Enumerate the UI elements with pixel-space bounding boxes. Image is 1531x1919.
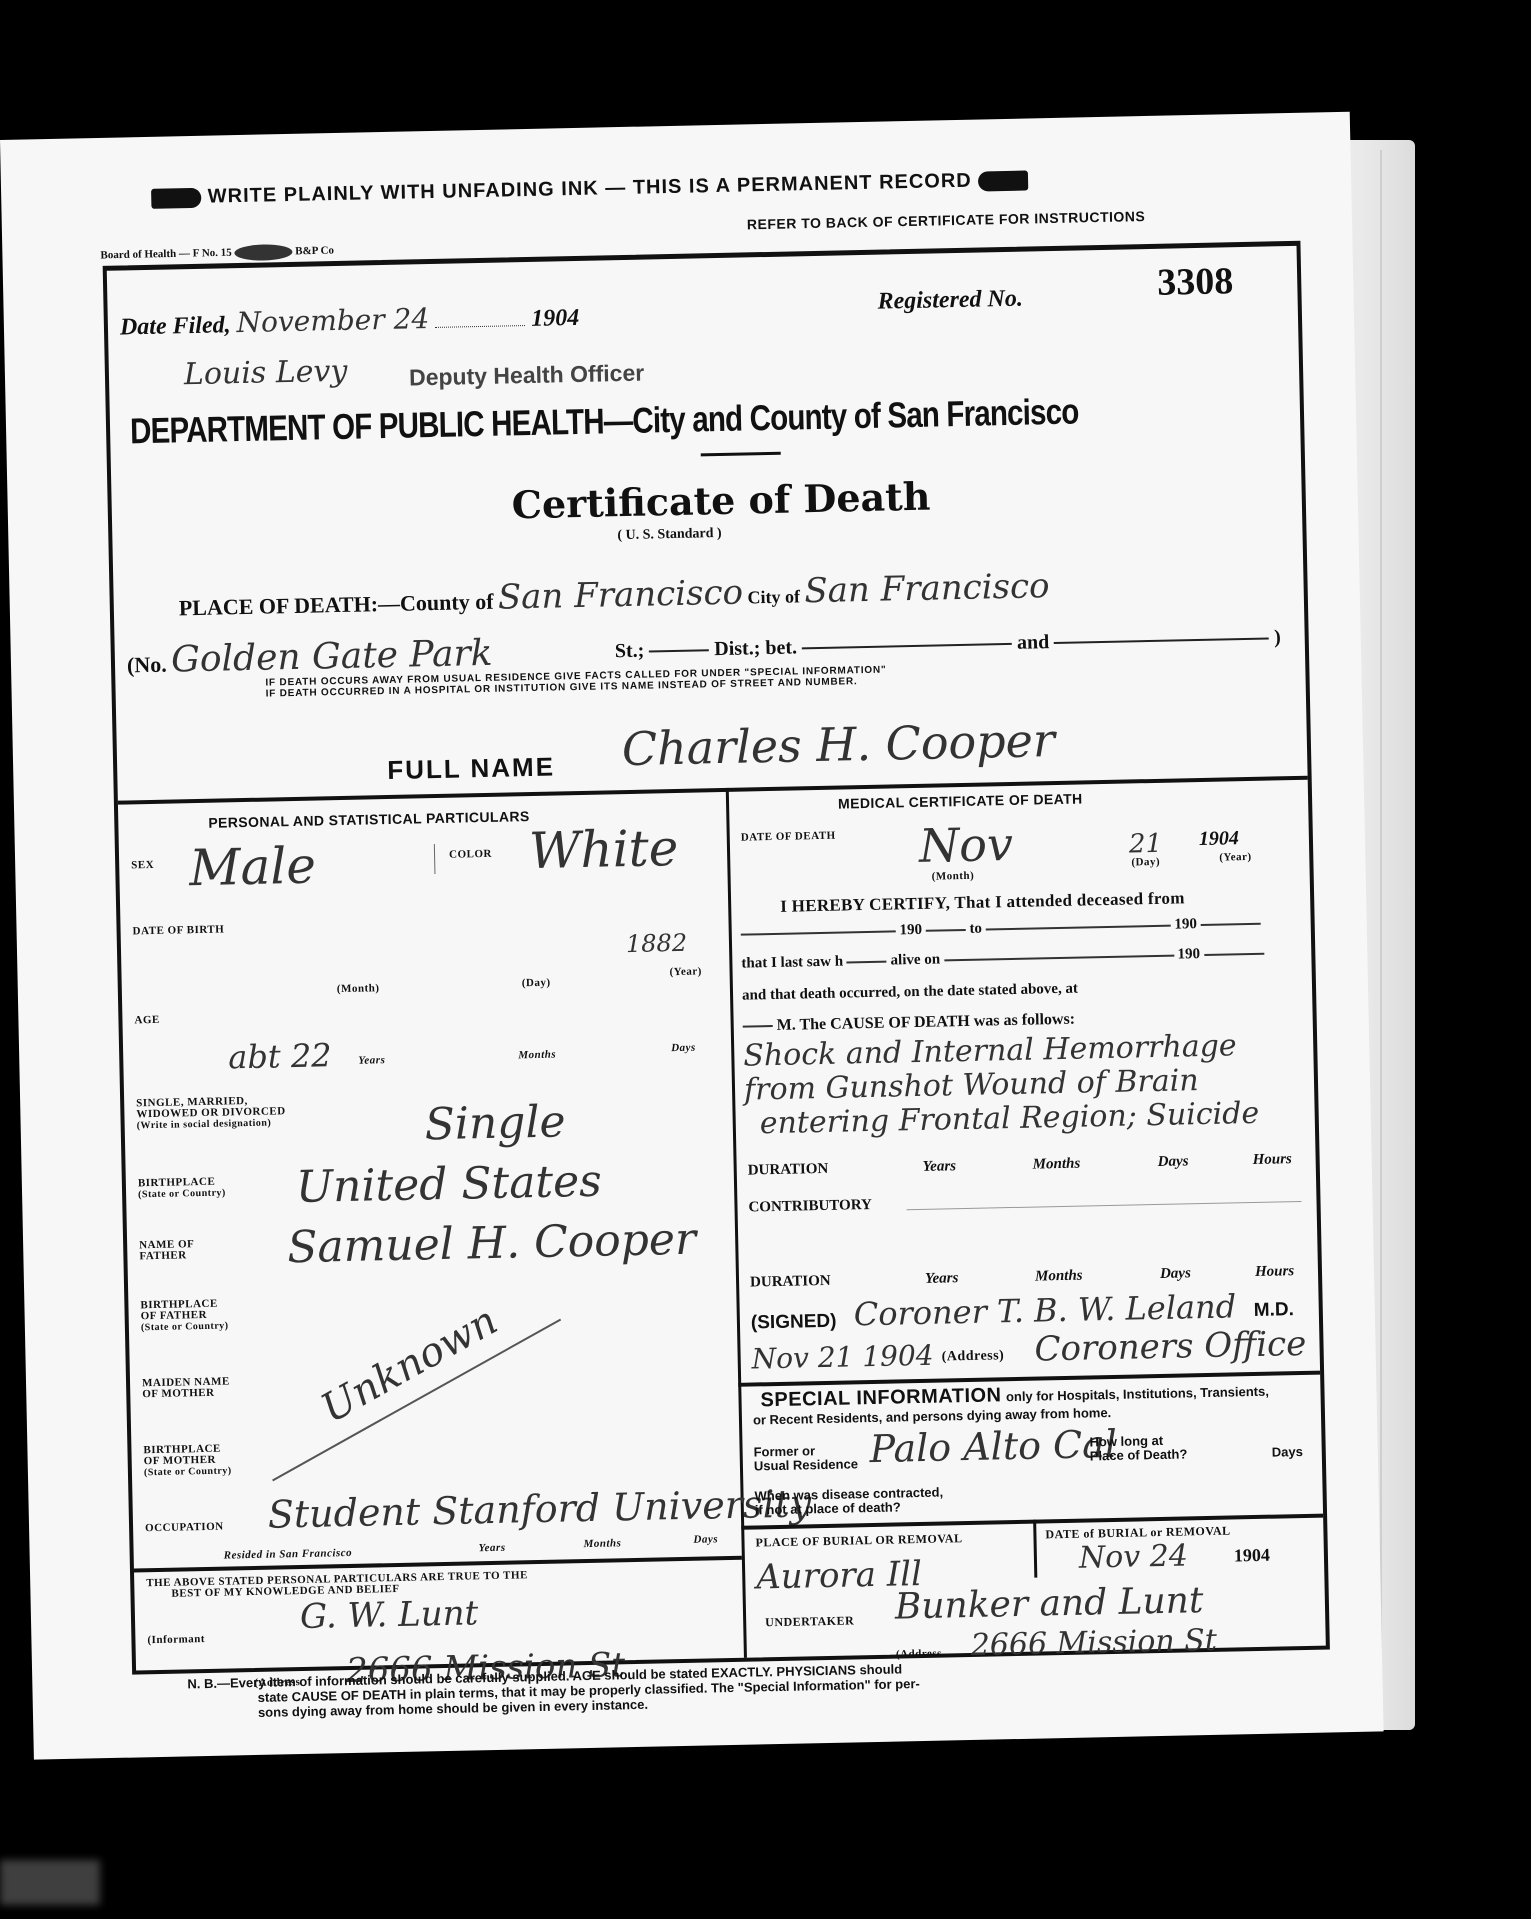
and-label: and: [1017, 631, 1050, 654]
dod-month-value: Nov: [918, 817, 1013, 873]
officer-signature: Louis Levy: [184, 354, 348, 392]
father-label-2: FATHER: [139, 1250, 194, 1262]
pointing-hand-icon: [151, 188, 201, 209]
former-label-2: Usual Residence: [754, 1457, 858, 1473]
dob-year-value: 1882: [626, 929, 688, 958]
department-title: DEPARTMENT OF PUBLIC HEALTH—City and Cou…: [130, 390, 1079, 452]
duration-label-2: DURATION: [750, 1273, 831, 1291]
burial-place-label: PLACE OF BURIAL OR REMOVAL: [755, 1533, 962, 1548]
header-warning-text: WRITE PLAINLY WITH UNFADING INK — THIS I…: [208, 170, 972, 208]
burial-date-label: DATE of BURIAL or REMOVAL: [1045, 1526, 1230, 1541]
marital-value: Single: [424, 1096, 566, 1150]
duration-days: Days: [1157, 1153, 1188, 1171]
union-seal-icon: [234, 244, 292, 261]
attended-dates: 190 to 190: [741, 915, 1261, 943]
dod-day-label: (Day): [1131, 857, 1160, 869]
duration-hours: Hours: [1252, 1151, 1292, 1169]
resided-days-label: Days: [693, 1534, 718, 1546]
place-of-death-label: PLACE OF DEATH:—County of: [179, 589, 494, 621]
from-190: 190: [899, 922, 922, 938]
certificate-form: Date Filed, November 24 1904 Registered …: [103, 241, 1330, 1675]
dob-month-label: (Month): [337, 983, 380, 995]
registered-no: 3308: [1157, 259, 1234, 305]
burial-date-value: Nov 24: [1079, 1538, 1189, 1575]
contracted-2: if not at place of death?: [755, 1500, 944, 1518]
signed-address-label: (Address): [942, 1350, 1005, 1362]
duration-label: DURATION: [748, 1161, 829, 1179]
resided-years-label: Years: [478, 1543, 505, 1555]
how-long-days: Days: [1272, 1444, 1303, 1460]
resided-label: Resided in San Francisco: [224, 1548, 353, 1562]
duration-days-2: Days: [1160, 1265, 1191, 1283]
former-residence-value: Palo Alto Cal: [869, 1422, 1117, 1471]
dist-label: Dist.; bet.: [714, 636, 797, 660]
last-saw-line: that I last saw h alive on 190: [741, 945, 1264, 973]
district-line: St.; Dist.; bet. and ): [615, 626, 1281, 663]
alive-190: 190: [1177, 946, 1200, 962]
dod-month-label: (Month): [932, 871, 975, 883]
certify-text: I HEREBY CERTIFY, That I attended deceas…: [780, 888, 1185, 916]
date-filed-value: November 24: [236, 302, 429, 339]
duration-years: Years: [923, 1158, 957, 1176]
undertaker-address: 2666 Mission St: [970, 1623, 1217, 1663]
sex-value: Male: [189, 837, 317, 898]
dod-year-label: (Year): [1219, 852, 1252, 864]
sex-label: SEX: [131, 860, 154, 871]
contracted-label: When was disease contracted, if not at p…: [754, 1486, 943, 1518]
printer-name: B&P Co: [295, 245, 334, 258]
city-value: San Francisco: [804, 566, 1050, 611]
mother-label-2: OF MOTHER: [142, 1387, 230, 1400]
undertaker-value: Bunker and Lunt: [894, 1580, 1203, 1627]
city-label: City of: [747, 586, 800, 607]
how-long-label: How long at Place of Death?: [1089, 1433, 1187, 1463]
date-filed-label: Date Filed,: [120, 312, 231, 340]
cause-of-death: Shock and Internal Hemorrhage from Gunsh…: [743, 1029, 1260, 1142]
dob-year-label: (Year): [669, 966, 702, 978]
father-bp-label-3: (State or Country): [141, 1320, 229, 1333]
duration-years-2: Years: [925, 1270, 959, 1288]
to-190: 190: [1174, 916, 1197, 932]
pointing-hand-icon: [978, 170, 1028, 191]
county-value: San Francisco: [497, 573, 743, 618]
age-value: abt 22: [228, 1036, 332, 1076]
father-birthplace-label: BIRTHPLACE OF FATHER (State or Country): [140, 1298, 228, 1333]
marital-label: SINGLE, MARRIED, WIDOWED OR DIVORCED (Wr…: [136, 1095, 286, 1131]
dob-day-label: (Day): [522, 978, 551, 990]
officer-title: Deputy Health Officer: [409, 360, 645, 392]
medical-section-title: MEDICAL CERTIFICATE OF DEATH: [838, 790, 1083, 811]
age-years-label: Years: [358, 1055, 385, 1067]
no-label: (No.: [127, 652, 167, 678]
dod-day-value: 21: [1129, 829, 1163, 860]
birthplace-label: BIRTHPLACE (State or Country): [138, 1177, 226, 1201]
duration-months: Months: [1033, 1156, 1081, 1174]
dob-label: DATE OF BIRTH: [132, 924, 224, 937]
form-id-text: Board of Health — F No. 15: [100, 247, 232, 262]
father-name-label: NAME OF FATHER: [139, 1239, 195, 1262]
special-info-subtitle-1: only for Hospitals, Institutions, Transi…: [1006, 1384, 1269, 1405]
certificate-title: Certificate of Death: [511, 474, 930, 528]
dod-year-value: 1904: [1199, 827, 1239, 851]
age-label: AGE: [134, 1015, 160, 1027]
age-months-label: Months: [518, 1050, 556, 1062]
color-value: White: [528, 819, 678, 880]
date-filed: Date Filed, November 24 1904: [120, 299, 580, 342]
us-standard: ( U. S. Standard ): [617, 526, 722, 544]
birthplace-value: United States: [295, 1156, 602, 1213]
mother-birthplace-label: BIRTHPLACE OF MOTHER (State or Country): [143, 1443, 231, 1478]
signed-address: Coroners Office: [1034, 1324, 1307, 1370]
occupation-label: OCCUPATION: [145, 1522, 224, 1535]
signed-label: (SIGNED): [751, 1311, 837, 1335]
signed-date: Nov 21 1904: [751, 1339, 934, 1376]
occupation-value: Student Stanford University: [267, 1481, 811, 1536]
refer-instructions: REFER TO BACK OF CERTIFICATE FOR INSTRUC…: [747, 208, 1146, 232]
registered-no-label: Registered No.: [877, 286, 1023, 316]
scan-artifact: [0, 1860, 100, 1905]
personal-section-title: PERSONAL AND STATISTICAL PARTICULARS: [208, 808, 530, 831]
full-name-value: Charles H. Cooper: [621, 713, 1055, 776]
mother-bp-label-3: (State or Country): [144, 1465, 232, 1478]
duration-months-2: Months: [1035, 1268, 1083, 1286]
last-saw-label: that I last saw h: [741, 954, 843, 972]
color-label: COLOR: [449, 849, 492, 861]
contributory-label: CONTRIBUTORY: [748, 1197, 872, 1217]
undertaker-label: UNDERTAKER: [765, 1615, 854, 1628]
mother-name-label: MAIDEN NAME OF MOTHER: [142, 1376, 230, 1400]
date-filed-year: 1904: [531, 305, 580, 332]
death-certificate-page: WRITE PLAINLY WITH UNFADING INK — THIS I…: [0, 112, 1384, 1760]
place-of-death: PLACE OF DEATH:—County of San Francisco …: [178, 566, 1050, 624]
st-label: St.;: [615, 640, 645, 663]
to-label: to: [969, 921, 982, 937]
former-residence-label: Former or Usual Residence: [754, 1443, 859, 1473]
father-name-value: Samuel H. Cooper: [287, 1214, 697, 1274]
informant-name: G. W. Lunt: [300, 1593, 479, 1637]
full-name-label: FULL NAME: [387, 752, 555, 787]
alive-on-label: alive on: [890, 951, 940, 968]
age-days-label: Days: [671, 1043, 696, 1055]
duration-hours-2: Hours: [1255, 1263, 1295, 1281]
resided-months-label: Months: [583, 1538, 621, 1550]
undertaker-address-label: (Address: [896, 1649, 942, 1661]
birthplace-label-2: (State or Country): [138, 1188, 226, 1201]
cause-intro-text: M. The CAUSE OF DEATH was as follows:: [777, 1011, 1076, 1034]
marital-label-3: (Write in social designation): [137, 1117, 286, 1131]
md-label: M.D.: [1254, 1299, 1295, 1322]
informant-label: (Informant: [147, 1634, 205, 1646]
duration-row-1: DURATION Years Months Days Hours: [748, 1151, 1303, 1180]
how-long-2: Place of Death?: [1090, 1447, 1188, 1463]
dod-label: DATE OF DEATH: [741, 831, 836, 844]
header-warning: WRITE PLAINLY WITH UNFADING INK — THIS I…: [151, 168, 1029, 209]
death-occurred-text: and that death occurred, on the date sta…: [742, 981, 1078, 1005]
burial-year: 1904: [1234, 1545, 1270, 1567]
